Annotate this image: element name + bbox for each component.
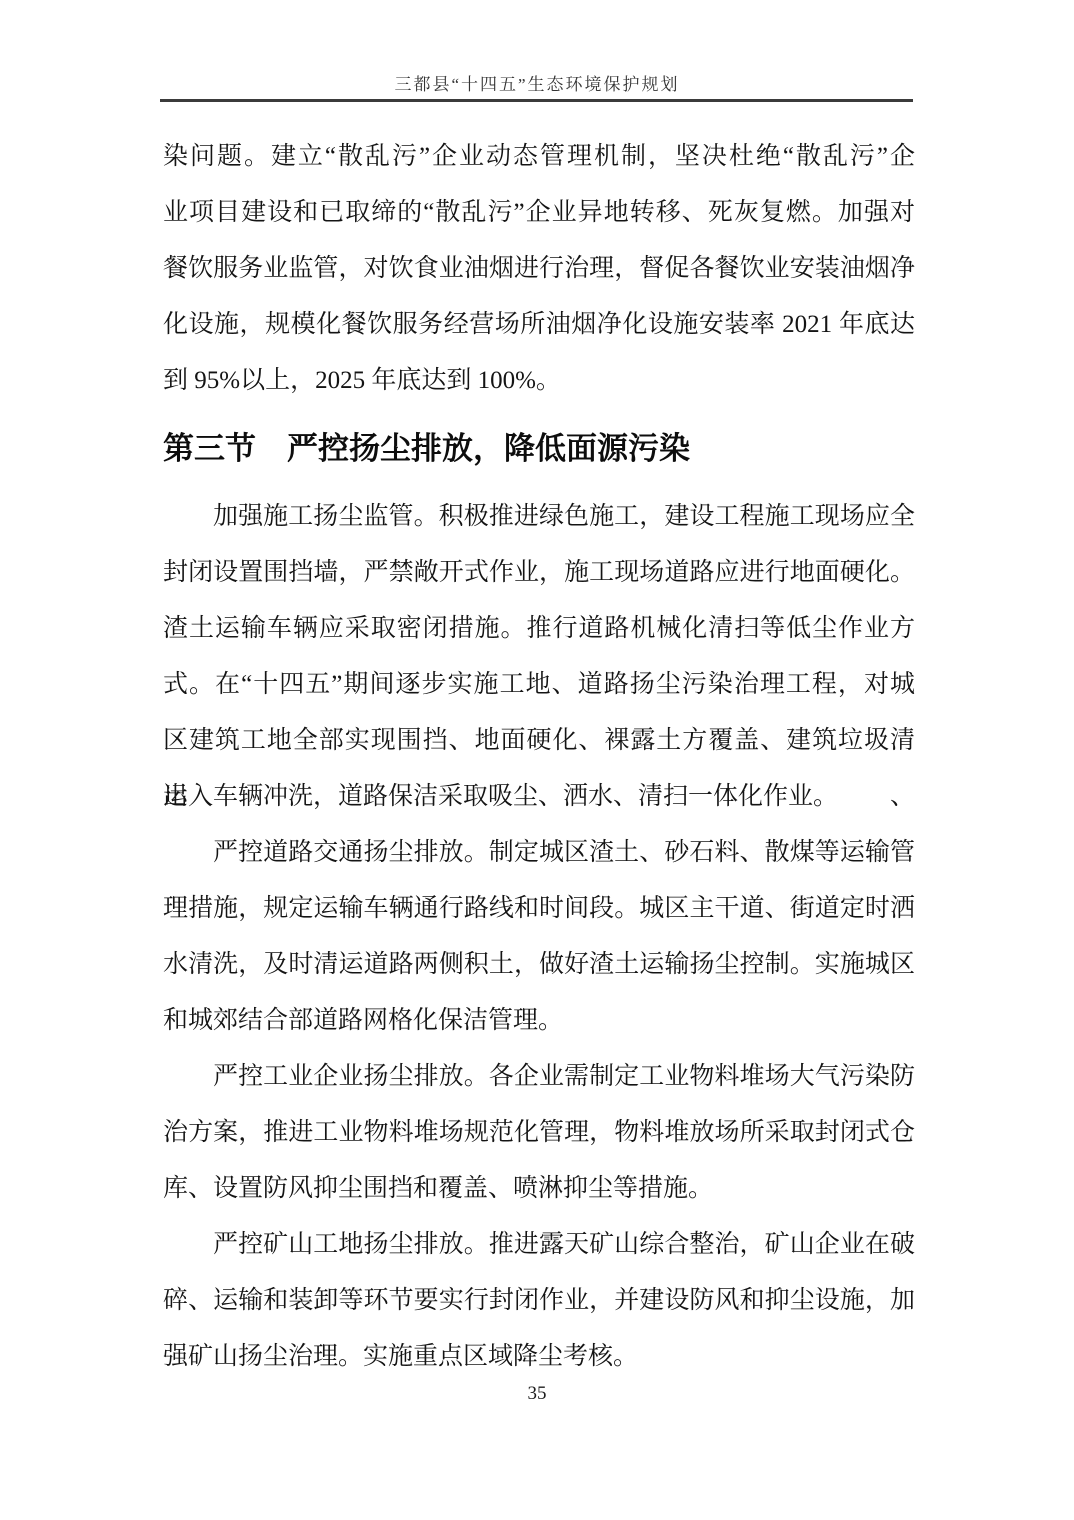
document-body: 染问题。建立“散乱污”企业动态管理机制，坚决杜绝“散乱污”企业项目建设和已取缔的… — [163, 129, 915, 1385]
body-line: 严控工业企业扬尘排放。各企业需制定工业物料堆场大气污染防 — [163, 1049, 915, 1105]
body-line: 到 95%以上，2025 年底达到 100%。 — [163, 353, 915, 409]
header-title: 三都县“十四五”生态环境保护规划 — [0, 70, 1074, 95]
body-line: 理措施，规定运输车辆通行路线和时间段。城区主干道、街道定时洒 — [163, 881, 915, 937]
body-line: 强矿山扬尘治理。实施重点区域降尘考核。 — [163, 1329, 915, 1385]
body-line: 业项目建设和已取缔的“散乱污”企业异地转移、死灰复燃。加强对 — [163, 185, 915, 241]
body-line: 渣土运输车辆应采取密闭措施。推行道路机械化清扫等低尘作业方 — [163, 601, 915, 657]
page-number: 35 — [528, 1383, 547, 1404]
body-line: 染问题。建立“散乱污”企业动态管理机制，坚决杜绝“散乱污”企 — [163, 129, 915, 185]
body-line: 和城郊结合部道路网格化保洁管理。 — [163, 993, 915, 1049]
header-rule — [160, 99, 913, 102]
body-line: 化设施，规模化餐饮服务经营场所油烟净化设施安装率 2021 年底达 — [163, 297, 915, 353]
body-line: 治方案，推进工业物料堆场规范化管理，物料堆放场所采取封闭式仓 — [163, 1105, 915, 1161]
body-line: 水清洗，及时清运道路两侧积土，做好渣土运输扬尘控制。实施城区 — [163, 937, 915, 993]
body-line: 严控道路交通扬尘排放。制定城区渣土、砂石料、散煤等运输管 — [163, 825, 915, 881]
body-line: 餐饮服务业监管，对饮食业油烟进行治理，督促各餐饮业安装油烟净 — [163, 241, 915, 297]
body-line: 加强施工扬尘监管。积极推进绿色施工，建设工程施工现场应全 — [163, 489, 915, 545]
body-line: 严控矿山工地扬尘排放。推进露天矿山综合整治，矿山企业在破 — [163, 1217, 915, 1273]
section-heading: 第三节 严控扬尘排放，降低面源污染 — [163, 409, 915, 489]
body-line: 库、设置防风抑尘围挡和覆盖、喷淋抑尘等措施。 — [163, 1161, 915, 1217]
body-line: 区建筑工地全部实现围挡、地面硬化、裸露土方覆盖、建筑垃圾清运、 — [163, 713, 915, 769]
body-line: 出入车辆冲洗，道路保洁采取吸尘、洒水、清扫一体化作业。 — [163, 769, 915, 825]
page-footer: 35 — [0, 1383, 1074, 1405]
body-line: 封闭设置围挡墙，严禁敞开式作业，施工现场道路应进行地面硬化。 — [163, 545, 915, 601]
body-line: 碎、运输和装卸等环节要实行封闭作业，并建设防风和抑尘设施，加 — [163, 1273, 915, 1329]
document-page: 三都县“十四五”生态环境保护规划 染问题。建立“散乱污”企业动态管理机制，坚决杜… — [0, 0, 1074, 1520]
body-line: 式。在“十四五”期间逐步实施工地、道路扬尘污染治理工程，对城 — [163, 657, 915, 713]
